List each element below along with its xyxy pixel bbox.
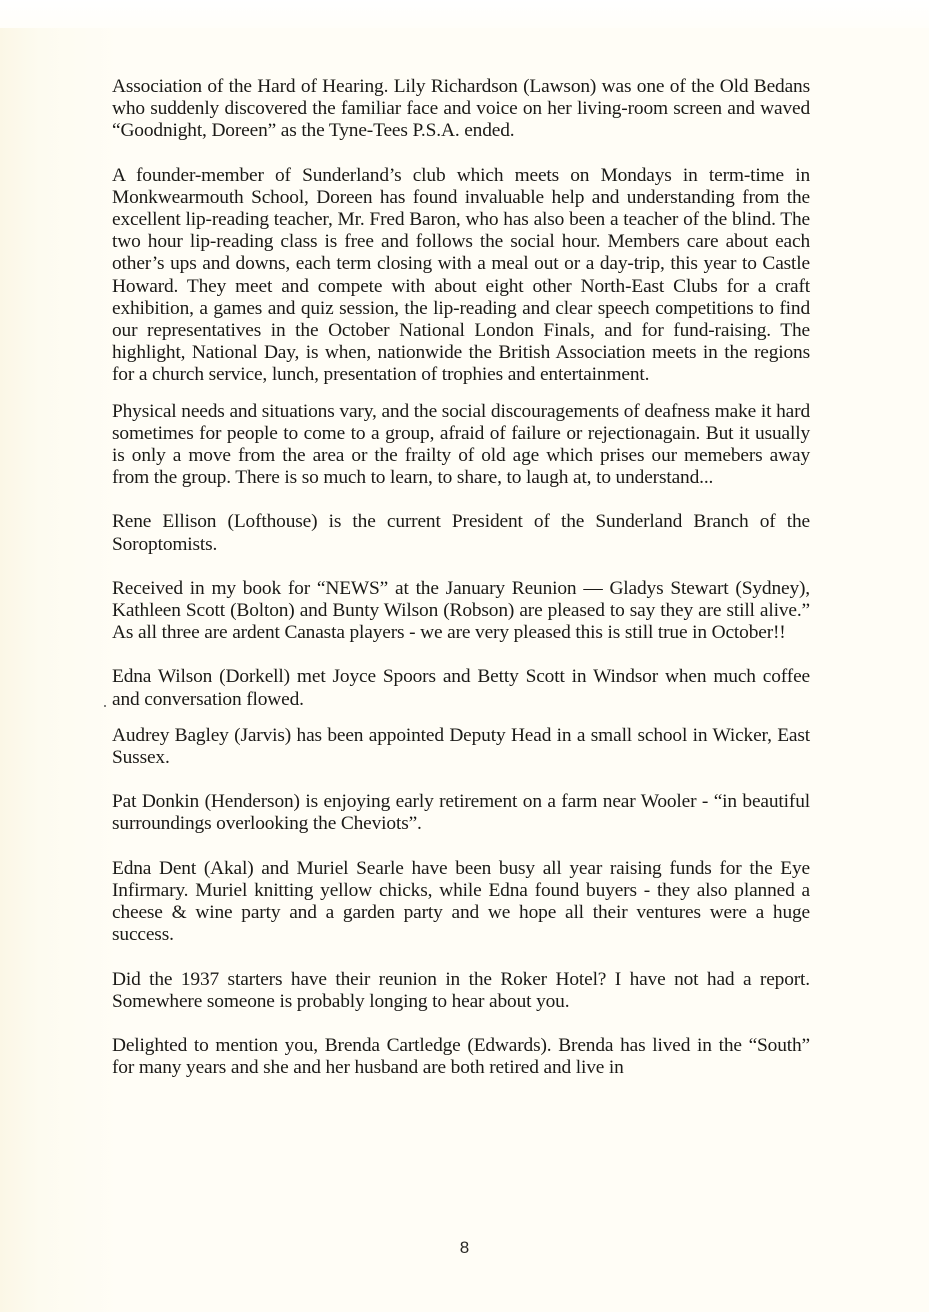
paragraph-rene-ellison: Rene Ellison (Lofthouse) is the current …: [112, 511, 810, 555]
paragraph-pat-donkin: Pat Donkin (Henderson) is enjoying early…: [112, 791, 810, 835]
paragraph-1937-starters: Did the 1937 starters have their reunion…: [112, 969, 810, 1013]
paragraph-physical-needs: Physical needs and situations vary, and …: [112, 401, 810, 490]
document-body: Association of the Hard of Hearing. Lily…: [112, 76, 810, 1079]
paragraph-edna-wilson: Edna Wilson (Dorkell) met Joyce Spoors a…: [112, 666, 810, 710]
scan-speck: [104, 705, 106, 707]
paragraph-audrey-bagley: Audrey Bagley (Jarvis) has been appointe…: [112, 725, 810, 769]
paragraph-edna-dent: Edna Dent (Akal) and Muriel Searle have …: [112, 858, 810, 947]
paragraph-news-reunion: Received in my book for “NEWS” at the Ja…: [112, 578, 810, 645]
paragraph-brenda-cartledge: Delighted to mention you, Brenda Cartled…: [112, 1035, 810, 1079]
page-number: 8: [0, 1238, 929, 1258]
paragraph-lily-richardson: Association of the Hard of Hearing. Lily…: [112, 76, 810, 143]
paragraph-sunderland-club: A founder-member of Sunderland’s club wh…: [112, 165, 810, 387]
page-top-edge: [0, 0, 929, 28]
